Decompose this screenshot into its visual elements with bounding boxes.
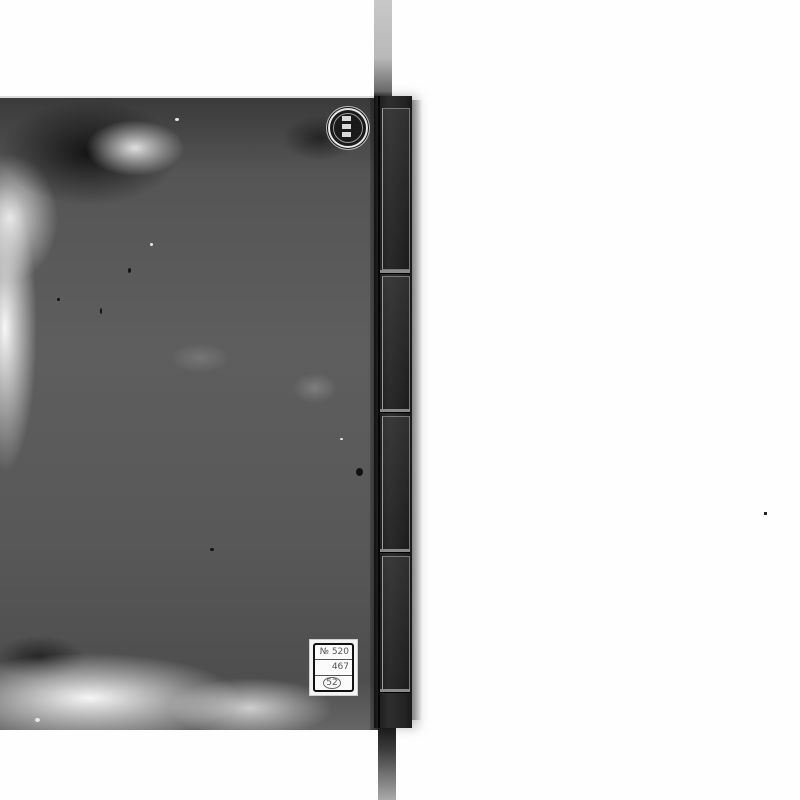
spine-binding-band — [380, 270, 410, 274]
label-frame: № 520 467 52 — [313, 643, 354, 692]
label-volume-text: 52 — [323, 677, 340, 689]
book-cover — [0, 96, 378, 730]
seal-glyph — [342, 116, 351, 137]
spine-binding-band — [380, 409, 410, 413]
stain-speck — [100, 308, 102, 314]
label-row-shelf: 467 — [315, 660, 352, 675]
stain-speck — [210, 548, 214, 551]
spine-panel — [382, 276, 410, 413]
spine-binding-band — [380, 689, 410, 693]
stain-speck — [128, 268, 131, 273]
spine-shadow — [412, 100, 422, 720]
bookmark-ribbon-top — [374, 0, 392, 96]
library-seal-icon — [328, 108, 368, 148]
stain-speck — [356, 468, 363, 476]
label-row-volume: 52 — [315, 676, 352, 690]
dust-speck — [764, 512, 767, 515]
light-speck — [35, 718, 40, 722]
label-row-number: № 520 — [315, 645, 352, 660]
light-speck — [340, 438, 343, 440]
spine-panel — [382, 108, 410, 270]
book-spine — [374, 96, 412, 728]
call-number-label: № 520 467 52 — [309, 639, 358, 696]
spine-binding-band — [380, 549, 410, 553]
spine-panel — [382, 416, 410, 553]
light-speck — [150, 243, 153, 246]
book-photo: № 520 467 52 — [0, 0, 800, 800]
stain-speck — [57, 298, 60, 301]
light-speck — [175, 118, 179, 121]
spine-panel — [382, 556, 410, 693]
bookmark-ribbon-bottom — [378, 728, 396, 800]
